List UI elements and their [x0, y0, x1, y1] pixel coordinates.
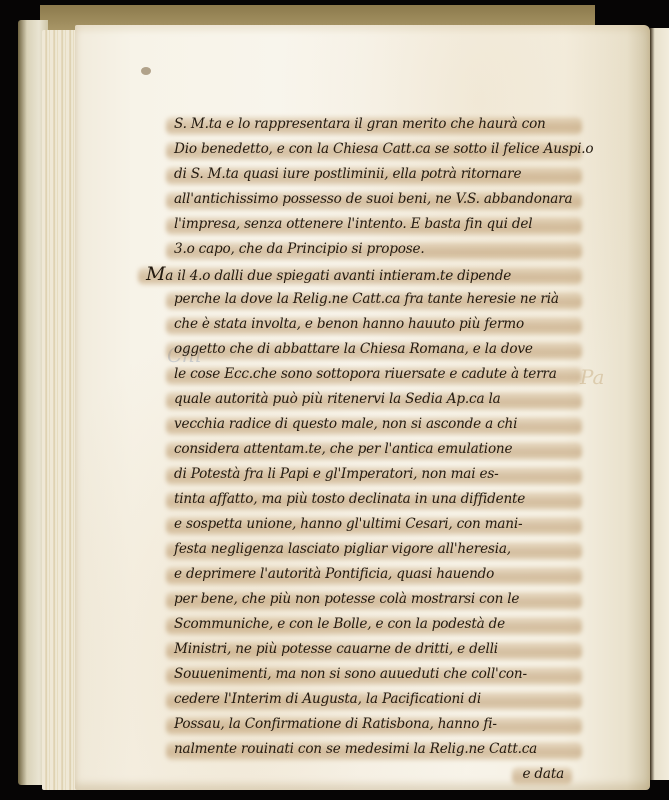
text-line: Souuenimenti, ma non si sono auueduti ch… — [172, 662, 572, 687]
text-line: quale autorità può più ritenervi la Sedi… — [172, 387, 572, 412]
text-line: cedere l'Interim di Augusta, la Pacifica… — [172, 687, 572, 712]
paragraph-start-line: Ma il 4.o dalli due spiegati avanti inti… — [144, 262, 572, 287]
text-line: di Potestà fra li Papi e gl'Imperatori, … — [172, 462, 572, 487]
text-line: Ministri, ne più potesse cauarne de drit… — [172, 637, 572, 662]
text-line: Dio benedetto, e con la Chiesa Catt.ca s… — [172, 137, 572, 162]
text-line: e deprimere l'autorità Pontificia, quasi… — [172, 562, 572, 587]
text-line: e sospetta unione, hanno gl'ultimi Cesar… — [172, 512, 572, 537]
text-line: Scommuniche, e con le Bolle, e con la po… — [172, 612, 572, 637]
text-line: tinta affatto, ma più tosto declinata in… — [172, 487, 572, 512]
text-line: S. M.ta e lo rappresentara il gran merit… — [172, 112, 572, 137]
ink-stain — [141, 67, 151, 75]
adjacent-page-edge — [650, 28, 669, 780]
text-line: le cose Ecc.che sono sottopora riuersate… — [172, 362, 572, 387]
text-line: all'antichissimo possesso de suoi beni, … — [172, 187, 572, 212]
text-line: di S. M.ta quasi iure postliminii, ella … — [172, 162, 572, 187]
text-line: oggetto che di abbattare la Chiesa Roman… — [172, 337, 572, 362]
text-line: per bene, che più non potesse colà mostr… — [172, 587, 572, 612]
text-line: vecchia radice di questo male, non si as… — [172, 412, 572, 437]
text-line: festa negligenza lasciato pigliar vigore… — [172, 537, 572, 562]
text-line: 3.o capo, che da Principio si propose. — [172, 237, 572, 262]
text-line: Possau, la Confirmatione di Ratisbona, h… — [172, 712, 572, 737]
text-line: nalmente rouinati con se medesimi la Rel… — [172, 737, 572, 762]
manuscript-scan: Chi Pa S. M.ta e lo rappresentara il gra… — [0, 0, 669, 800]
catchword: e data — [172, 762, 572, 787]
text-line: considera attentam.te, che per l'antica … — [172, 437, 572, 462]
drop-initial: M — [146, 263, 165, 285]
text-line: che è stata involta, e benon hanno hauut… — [172, 312, 572, 337]
text-line: perche la dove la Relig.ne Catt.ca fra t… — [172, 287, 572, 312]
text-line: l'impresa, senza ottenere l'intento. E b… — [172, 212, 572, 237]
margin-ghost-text-right: Pa — [580, 365, 604, 389]
handwritten-text: S. M.ta e lo rappresentara il gran merit… — [172, 112, 572, 787]
